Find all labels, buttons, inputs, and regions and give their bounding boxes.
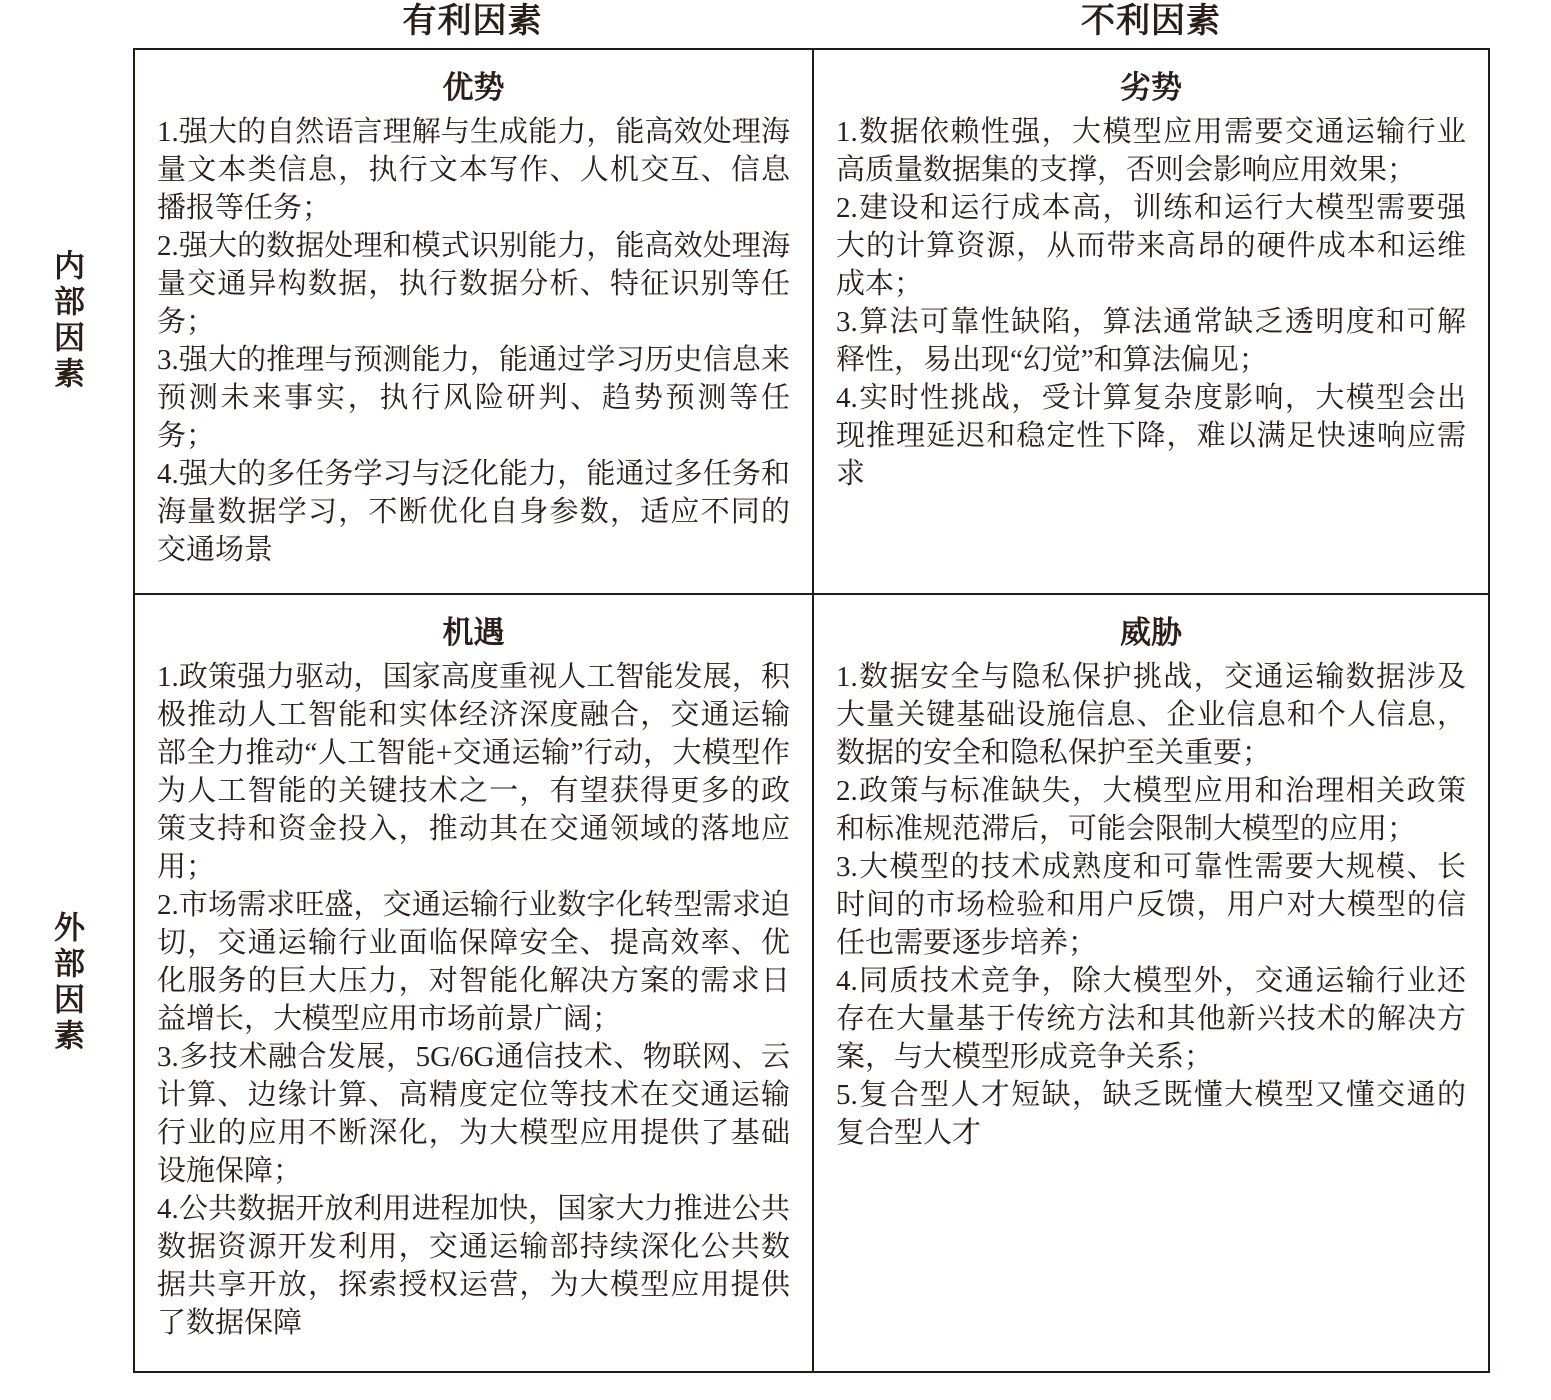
opportunities-item-2: 2.市场需求旺盛，交通运输行业数字化转型需求迫切，交通运输行业面临保障安全、提高…: [157, 886, 790, 1038]
weaknesses-quadrant: 劣势 1.数据依赖性强，大模型应用需要交通运输行业高质量数据集的支撑，否则会影响…: [814, 50, 1488, 595]
threats-item-1: 1.数据安全与隐私保护挑战，交通运输数据涉及大量关键基础设施信息、企业信息和个人…: [836, 658, 1466, 772]
threats-item-2: 2.政策与标准缺失，大模型应用和治理相关政策和标准规范滞后，可能会限制大模型的应…: [836, 772, 1466, 848]
strengths-item-2: 2.强大的数据处理和模式识别能力，能高效处理海量交通异构数据，执行数据分析、特征…: [157, 227, 790, 341]
strengths-item-3: 3.强大的推理与预测能力，能通过学习历史信息来预测未来事实，执行风险研判、趋势预…: [157, 341, 790, 455]
strengths-item-1: 1.强大的自然语言理解与生成能力，能高效处理海量文本类信息，执行文本写作、人机交…: [157, 113, 790, 227]
threats-item-5: 5.复合型人才短缺，缺乏既懂大模型又懂交通的复合型人才: [836, 1076, 1466, 1152]
weaknesses-item-2: 2.建设和运行成本高，训练和运行大模型需要强大的计算资源，从而带来高昂的硬件成本…: [836, 189, 1466, 303]
swot-table: 优势 1.强大的自然语言理解与生成能力，能高效处理海量文本类信息，执行文本写作、…: [133, 48, 1490, 1373]
weaknesses-item-4: 4.实时性挑战，受计算复杂度影响，大模型会出现推理延迟和稳定性下降，难以满足快速…: [836, 379, 1466, 493]
external-factors-text: 外部因素: [44, 911, 89, 1055]
threats-title: 威胁: [836, 613, 1466, 653]
swot-matrix-figure: 有利因素 不利因素 内部因素 外部因素 优势 1.强大的自然语言理解与生成能力，…: [0, 0, 1551, 1400]
opportunities-item-4: 4.公共数据开放利用进程加快，国家大力推进公共数据资源开发利用，交通运输部持续深…: [157, 1190, 790, 1342]
threats-quadrant: 威胁 1.数据安全与隐私保护挑战，交通运输数据涉及大量关键基础设施信息、企业信息…: [814, 595, 1488, 1371]
internal-factors-label: 内部因素: [0, 48, 133, 593]
threats-item-4: 4.同质技术竞争，除大模型外，交通运输行业还存在大量基于传统方法和其他新兴技术的…: [836, 962, 1466, 1076]
strengths-title: 优势: [157, 68, 790, 108]
weaknesses-item-3: 3.算法可靠性缺陷，算法通常缺乏透明度和可解释性，易出现“幻觉”和算法偏见；: [836, 303, 1466, 379]
weaknesses-item-1: 1.数据依赖性强，大模型应用需要交通运输行业高质量数据集的支撑，否则会影响应用效…: [836, 113, 1466, 189]
unfavorable-column-header: 不利因素: [812, 0, 1490, 46]
external-factors-label: 外部因素: [0, 593, 133, 1373]
opportunities-quadrant: 机遇 1.政策强力驱动，国家高度重视人工智能发展，积极推动人工智能和实体经济深度…: [135, 595, 814, 1371]
internal-factors-text: 内部因素: [44, 249, 89, 393]
opportunities-title: 机遇: [157, 613, 790, 653]
threats-item-3: 3.大模型的技术成熟度和可靠性需要大规模、长时间的市场检验和用户反馈，用户对大模…: [836, 848, 1466, 962]
opportunities-item-3: 3.多技术融合发展，5G/6G通信技术、物联网、云计算、边缘计算、高精度定位等技…: [157, 1038, 790, 1190]
opportunities-item-1: 1.政策强力驱动，国家高度重视人工智能发展，积极推动人工智能和实体经济深度融合，…: [157, 658, 790, 886]
strengths-quadrant: 优势 1.强大的自然语言理解与生成能力，能高效处理海量文本类信息，执行文本写作、…: [135, 50, 814, 595]
weaknesses-title: 劣势: [836, 68, 1466, 108]
strengths-item-4: 4.强大的多任务学习与泛化能力，能通过多任务和海量数据学习，不断优化自身参数，适…: [157, 455, 790, 569]
favorable-column-header: 有利因素: [133, 0, 812, 46]
